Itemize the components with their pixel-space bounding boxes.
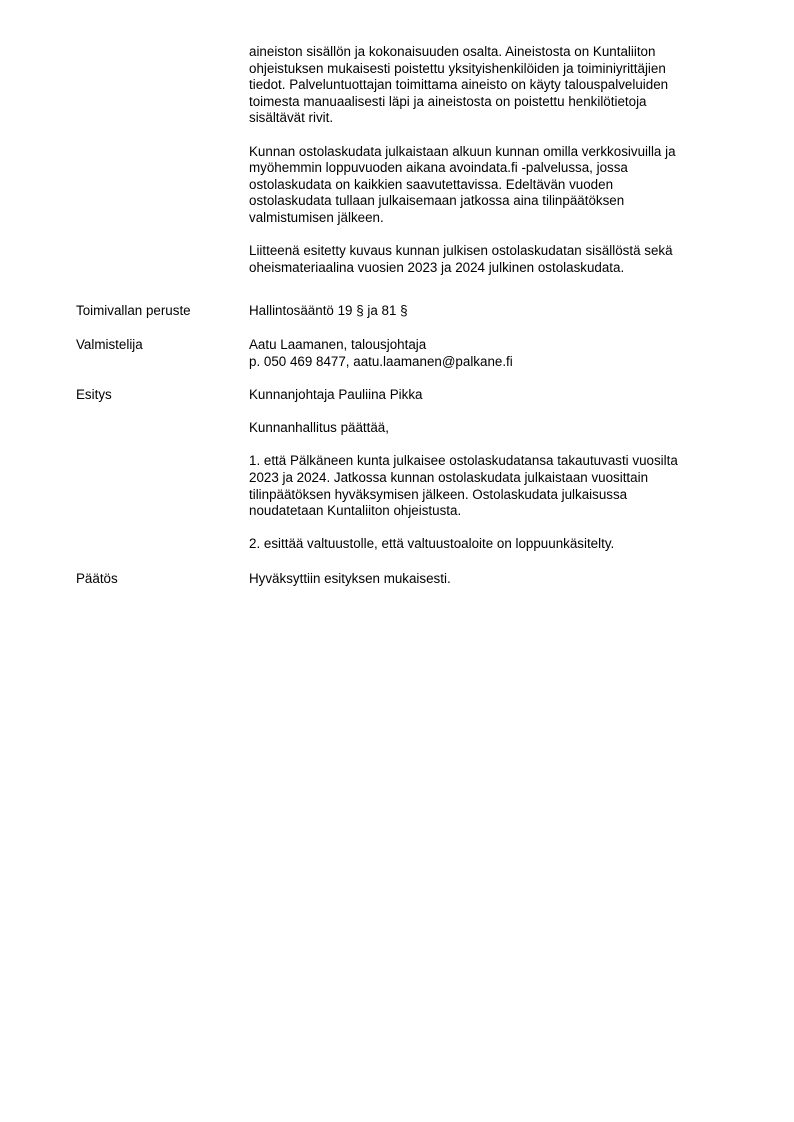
text-line: ostolaskudata on kaikkien saavutettaviss… <box>249 177 749 194</box>
contact-line: p. 050 469 8477, aatu.laamanen@palkane.f… <box>249 354 749 371</box>
text-line: myöhemmin loppuvuoden aikana avoindata.f… <box>249 160 749 177</box>
section-label: Toimivallan peruste <box>76 303 246 320</box>
paragraph: 1. että Pälkäneen kunta julkaisee ostola… <box>249 453 749 519</box>
paragraph: 2. esittää valtuustolle, että valtuustoa… <box>249 536 749 553</box>
section-label: Päätös <box>76 571 246 588</box>
text-line: oheismateriaalina vuosien 2023 ja 2024 j… <box>249 260 749 277</box>
paragraph: aineiston sisällön ja kokonaisuuden osal… <box>249 44 749 127</box>
text-line: ohjeistuksen mukaisesti poistettu yksity… <box>249 61 749 78</box>
section-label: Valmistelija <box>76 337 246 354</box>
paragraph: Hyväksyttiin esityksen mukaisesti. <box>249 571 749 588</box>
text-line: 2023 ja 2024. Jatkossa kunnan ostolaskud… <box>249 470 749 487</box>
text-line: Kunnan ostolaskudata julkaistaan alkuun … <box>249 144 749 161</box>
text-line: Hyväksyttiin esityksen mukaisesti. <box>249 571 749 588</box>
section-content: aineiston sisällön ja kokonaisuuden osal… <box>249 44 749 276</box>
document-page: aineiston sisällön ja kokonaisuuden osal… <box>0 0 794 1122</box>
section-content: Hyväksyttiin esityksen mukaisesti. <box>249 571 749 588</box>
paragraph: Liitteenä esitetty kuvaus kunnan julkise… <box>249 243 749 276</box>
text-line: tiedot. Palveluntuottajan toimittama ain… <box>249 77 749 94</box>
section-content: Kunnanjohtaja Pauliina Pikka Kunnanhalli… <box>249 387 749 553</box>
text-line: toimesta manuaalisesti läpi ja aineistos… <box>249 94 749 111</box>
text-line: 1. että Pälkäneen kunta julkaisee ostola… <box>249 453 749 470</box>
paragraph: Hallintosääntö 19 § ja 81 § <box>249 303 749 320</box>
paragraph: Kunnanjohtaja Pauliina Pikka <box>249 387 749 404</box>
text-line: Aatu Laamanen, talousjohtaja <box>249 337 749 354</box>
paragraph: Aatu Laamanen, talousjohtaja p. 050 469 … <box>249 337 749 370</box>
paragraph: Kunnan ostolaskudata julkaistaan alkuun … <box>249 144 749 227</box>
text-line: ostolaskudata tullaan julkaisemaan jatko… <box>249 193 749 210</box>
text-line: Kunnanjohtaja Pauliina Pikka <box>249 387 749 404</box>
text-line: tilinpäätöksen hyväksymisen jälkeen. Ost… <box>249 487 749 504</box>
text-line: valmistumisen jälkeen. <box>249 210 749 227</box>
section-content: Hallintosääntö 19 § ja 81 § <box>249 303 749 320</box>
section-label: Esitys <box>76 387 246 404</box>
text-line: aineiston sisällön ja kokonaisuuden osal… <box>249 44 749 61</box>
paragraph: Kunnanhallitus päättää, <box>249 420 749 437</box>
text-line: sisältävät rivit. <box>249 110 749 127</box>
text-line: 2. esittää valtuustolle, että valtuustoa… <box>249 536 749 553</box>
section-content: Aatu Laamanen, talousjohtaja p. 050 469 … <box>249 337 749 370</box>
text-line: Liitteenä esitetty kuvaus kunnan julkise… <box>249 243 749 260</box>
text-line: noudatetaan Kuntaliiton ohjeistusta. <box>249 503 749 520</box>
text-line: Kunnanhallitus päättää, <box>249 420 749 437</box>
text-line: Hallintosääntö 19 § ja 81 § <box>249 303 749 320</box>
